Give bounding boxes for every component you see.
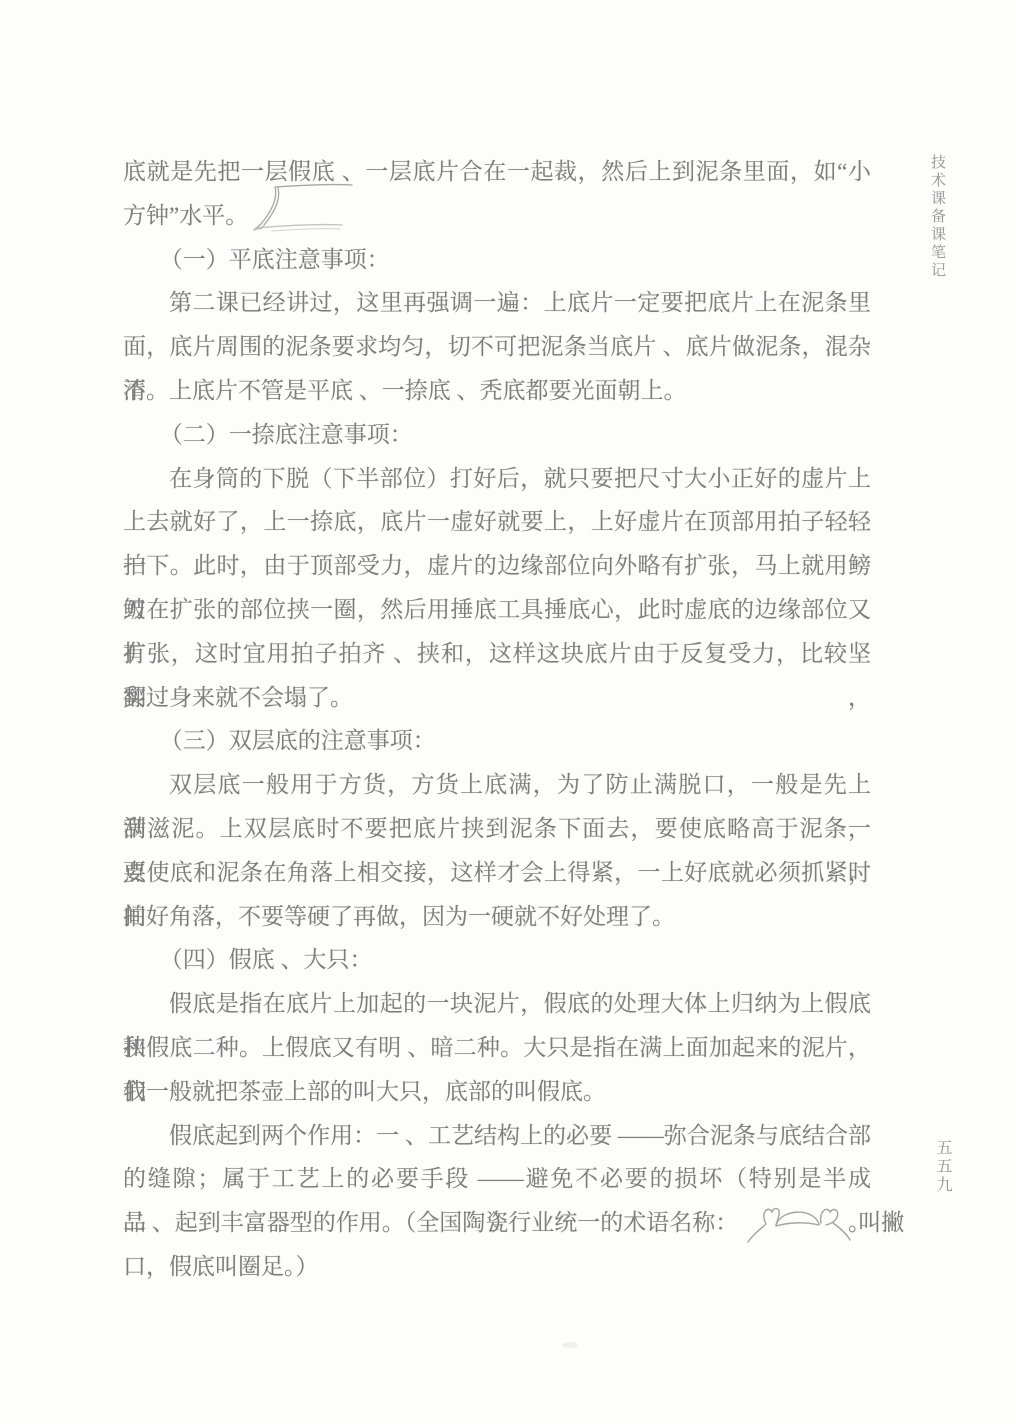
scanned-book-page: 底就是先把一层假底 、一层底片合在一起裁，然后上到泥条里面，如“小 方钟”水平。… <box>0 0 1016 1424</box>
text-line: 假底是指在底片上加起的一块泥片，假底的处理大体上归纳为上假底和 <box>123 982 871 1026</box>
text-line: 扩张，这时宜用拍子拍齐 、挟和，这样这块底片由于反复受力，比较坚实， <box>123 632 871 676</box>
text-segment: 二 、起到丰富器型的作用。（全国陶瓷行业统一的术语名称： <box>123 1210 738 1235</box>
text-line: 的缝隙；属于工艺上的必要手段 ——避免不必要的损坏（特别是半成品）。 <box>123 1157 871 1201</box>
text-line: 要使底和泥条在角落上相交接，这样才会上得紧，一上好底就必须抓紧时间 <box>123 851 871 895</box>
base-profile-sketch-icon <box>250 182 356 232</box>
text-line-with-sketch: 二 、起到丰富器型的作用。（全国陶瓷行业统一的术语名称： 叫撇 <box>123 1201 871 1245</box>
text-segment: 叫撇 <box>858 1210 904 1235</box>
page-number: 五五九 <box>931 1139 954 1195</box>
text-line: 双层底一般用于方货，方货上底满，为了防止满脱口，一般是先上满， <box>123 763 871 807</box>
section-heading-2: （二）一捺底注意事项： <box>123 413 871 457</box>
text-line: 们一般就把茶壶上部的叫大只，底部的叫假底。 <box>123 1070 871 1114</box>
scan-smudge <box>562 1342 578 1348</box>
text-line: 方钟”水平。 <box>123 194 871 238</box>
text-line: 刮滋泥。上双层底时不要把底片挟到泥条下面去，要使底略高于泥条一点， <box>123 807 871 851</box>
text-line: 在身筒的下脱（下半部位）打好后，就只要把尺寸大小正好的虚片上 <box>123 457 871 501</box>
section-heading-1: （一）平底注意事项： <box>123 238 871 282</box>
text-line: 口，假底叫圈足。） <box>123 1245 871 1289</box>
text-line: 假底起到两个作用：一 、工艺结构上的必要 ——弥合泥条与底结合部 <box>123 1114 871 1158</box>
text-line: 刀在扩张的部位挟一圈，然后用捶底工具捶底心，此时虚底的边缘部位又有 <box>123 588 871 632</box>
text-line: 挟假底二种。上假底又有明 、暗二种。大只是指在满上面加起来的泥片，我 <box>123 1026 871 1070</box>
text-line: 第二课已经讲过，这里再强调一遍：上底片一定要把底片上在泥条里 <box>123 281 871 325</box>
teapot-profile-sketch-icon <box>740 1201 856 1243</box>
text-line: 一下。此时，由于顶部受力，虚片的边缘部位向外略有扩张，马上就用鳑鲏 <box>123 544 871 588</box>
section-heading-4: （四）假底 、大只： <box>123 938 871 982</box>
text-line: 面，底片周围的泥条要求均匀，切不可把泥条当底片 、底片做泥条，混杂不 <box>123 325 871 369</box>
text-line: 拍好角落，不要等硬了再做，因为一硬就不好处理了。 <box>123 895 871 939</box>
text-line: 上去就好了，上一捺底，底片一虚好就要上，上好虚片在顶部用拍子轻轻拍 <box>123 500 871 544</box>
body-text: 底就是先把一层假底 、一层底片合在一起裁，然后上到泥条里面，如“小 方钟”水平。… <box>123 150 871 1289</box>
text-line: 清。上底片不管是平底 、一捺底 、秃底都要光面朝上。 <box>123 369 871 413</box>
section-heading-3: （三）双层底的注意事项： <box>123 719 871 763</box>
text-line: 底就是先把一层假底 、一层底片合在一起裁，然后上到泥条里面，如“小 <box>123 150 871 194</box>
margin-title: 技术课备课笔记 <box>927 154 948 280</box>
